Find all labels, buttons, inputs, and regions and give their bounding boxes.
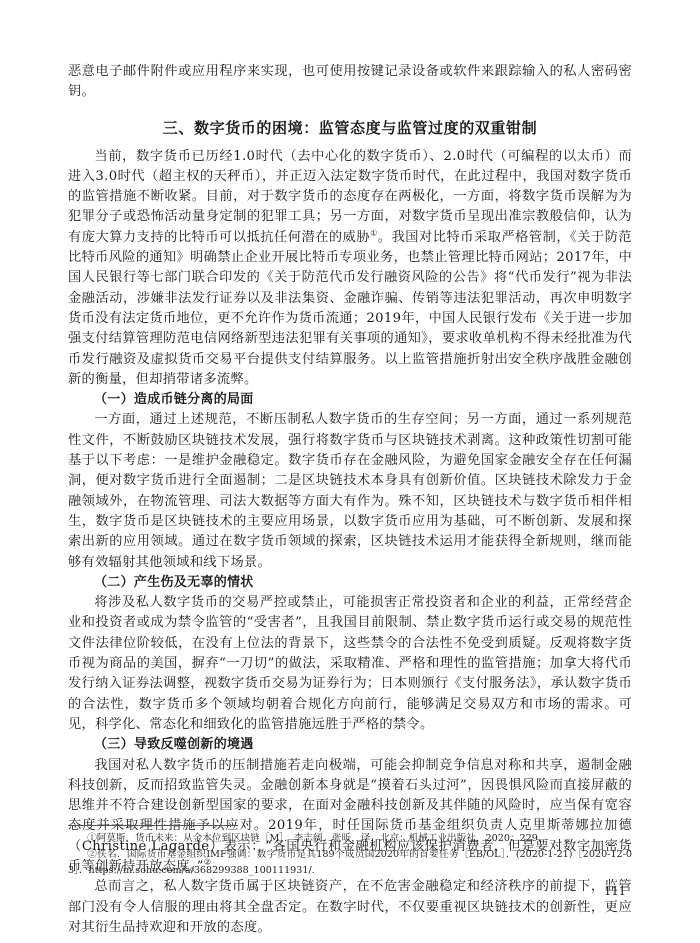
opening-line: 恶意电子邮件附件或应用程序来实现，也可使用按键记录设备或软件来跟踪输入的私人密码… [68, 62, 632, 103]
intro-paragraph-text-cont: 。我国对比特币采取严格管制，《关于防范比特币风险的通知》明确禁止企业开展比特币专… [68, 230, 632, 387]
subsection-title-1: （一）造成币链分离的局面 [68, 390, 632, 410]
page-number: 111 [604, 884, 626, 898]
subsection-1-paragraph: 一方面，通过上述规范，不断压制私人数字货币的生存空间；另一方面，通过一系列规范性… [68, 410, 632, 572]
page-body: 恶意电子邮件附件或应用程序来实现，也可使用按键记录设备或软件来跟踪输入的私人密码… [68, 62, 632, 938]
section-title: 三、数字货币的困境：监管态度与监管过度的双重钳制 [68, 117, 632, 139]
intro-paragraph: 当前，数字货币已历经1.0时代（去中心化的数字货币）、2.0时代（可编程的以太币… [68, 147, 632, 391]
footnotes: ①阿莫斯．货币未来：从金本位到区块链［M］．李志阔，张昕，译．北京：机械工业出版… [68, 831, 632, 879]
subsection-title-3: （三）导致反噬创新的境遇 [68, 735, 632, 755]
footnote-2: ②佚名．国际货币基金组织IMF强调：数字货币是其189个成员国2020年的首要任… [68, 847, 632, 879]
footnote-ref-1[interactable]: ① [370, 228, 378, 237]
footnote-1: ①阿莫斯．货币未来：从金本位到区块链［M］．李志阔，张昕，译．北京：机械工业出版… [68, 831, 632, 847]
conclusion-paragraph: 总而言之，私人数字货币属于区块链资产，在不危害金融稳定和经济秩序的前提下，监管部… [68, 877, 632, 938]
subsection-2-paragraph: 将涉及私人数字货币的交易严控或禁止，可能损害正常投资者和企业的利益，正常经营企业… [68, 593, 632, 735]
footnote-divider [68, 825, 238, 826]
subsection-title-2: （二）产生伤及无辜的情状 [68, 573, 632, 593]
